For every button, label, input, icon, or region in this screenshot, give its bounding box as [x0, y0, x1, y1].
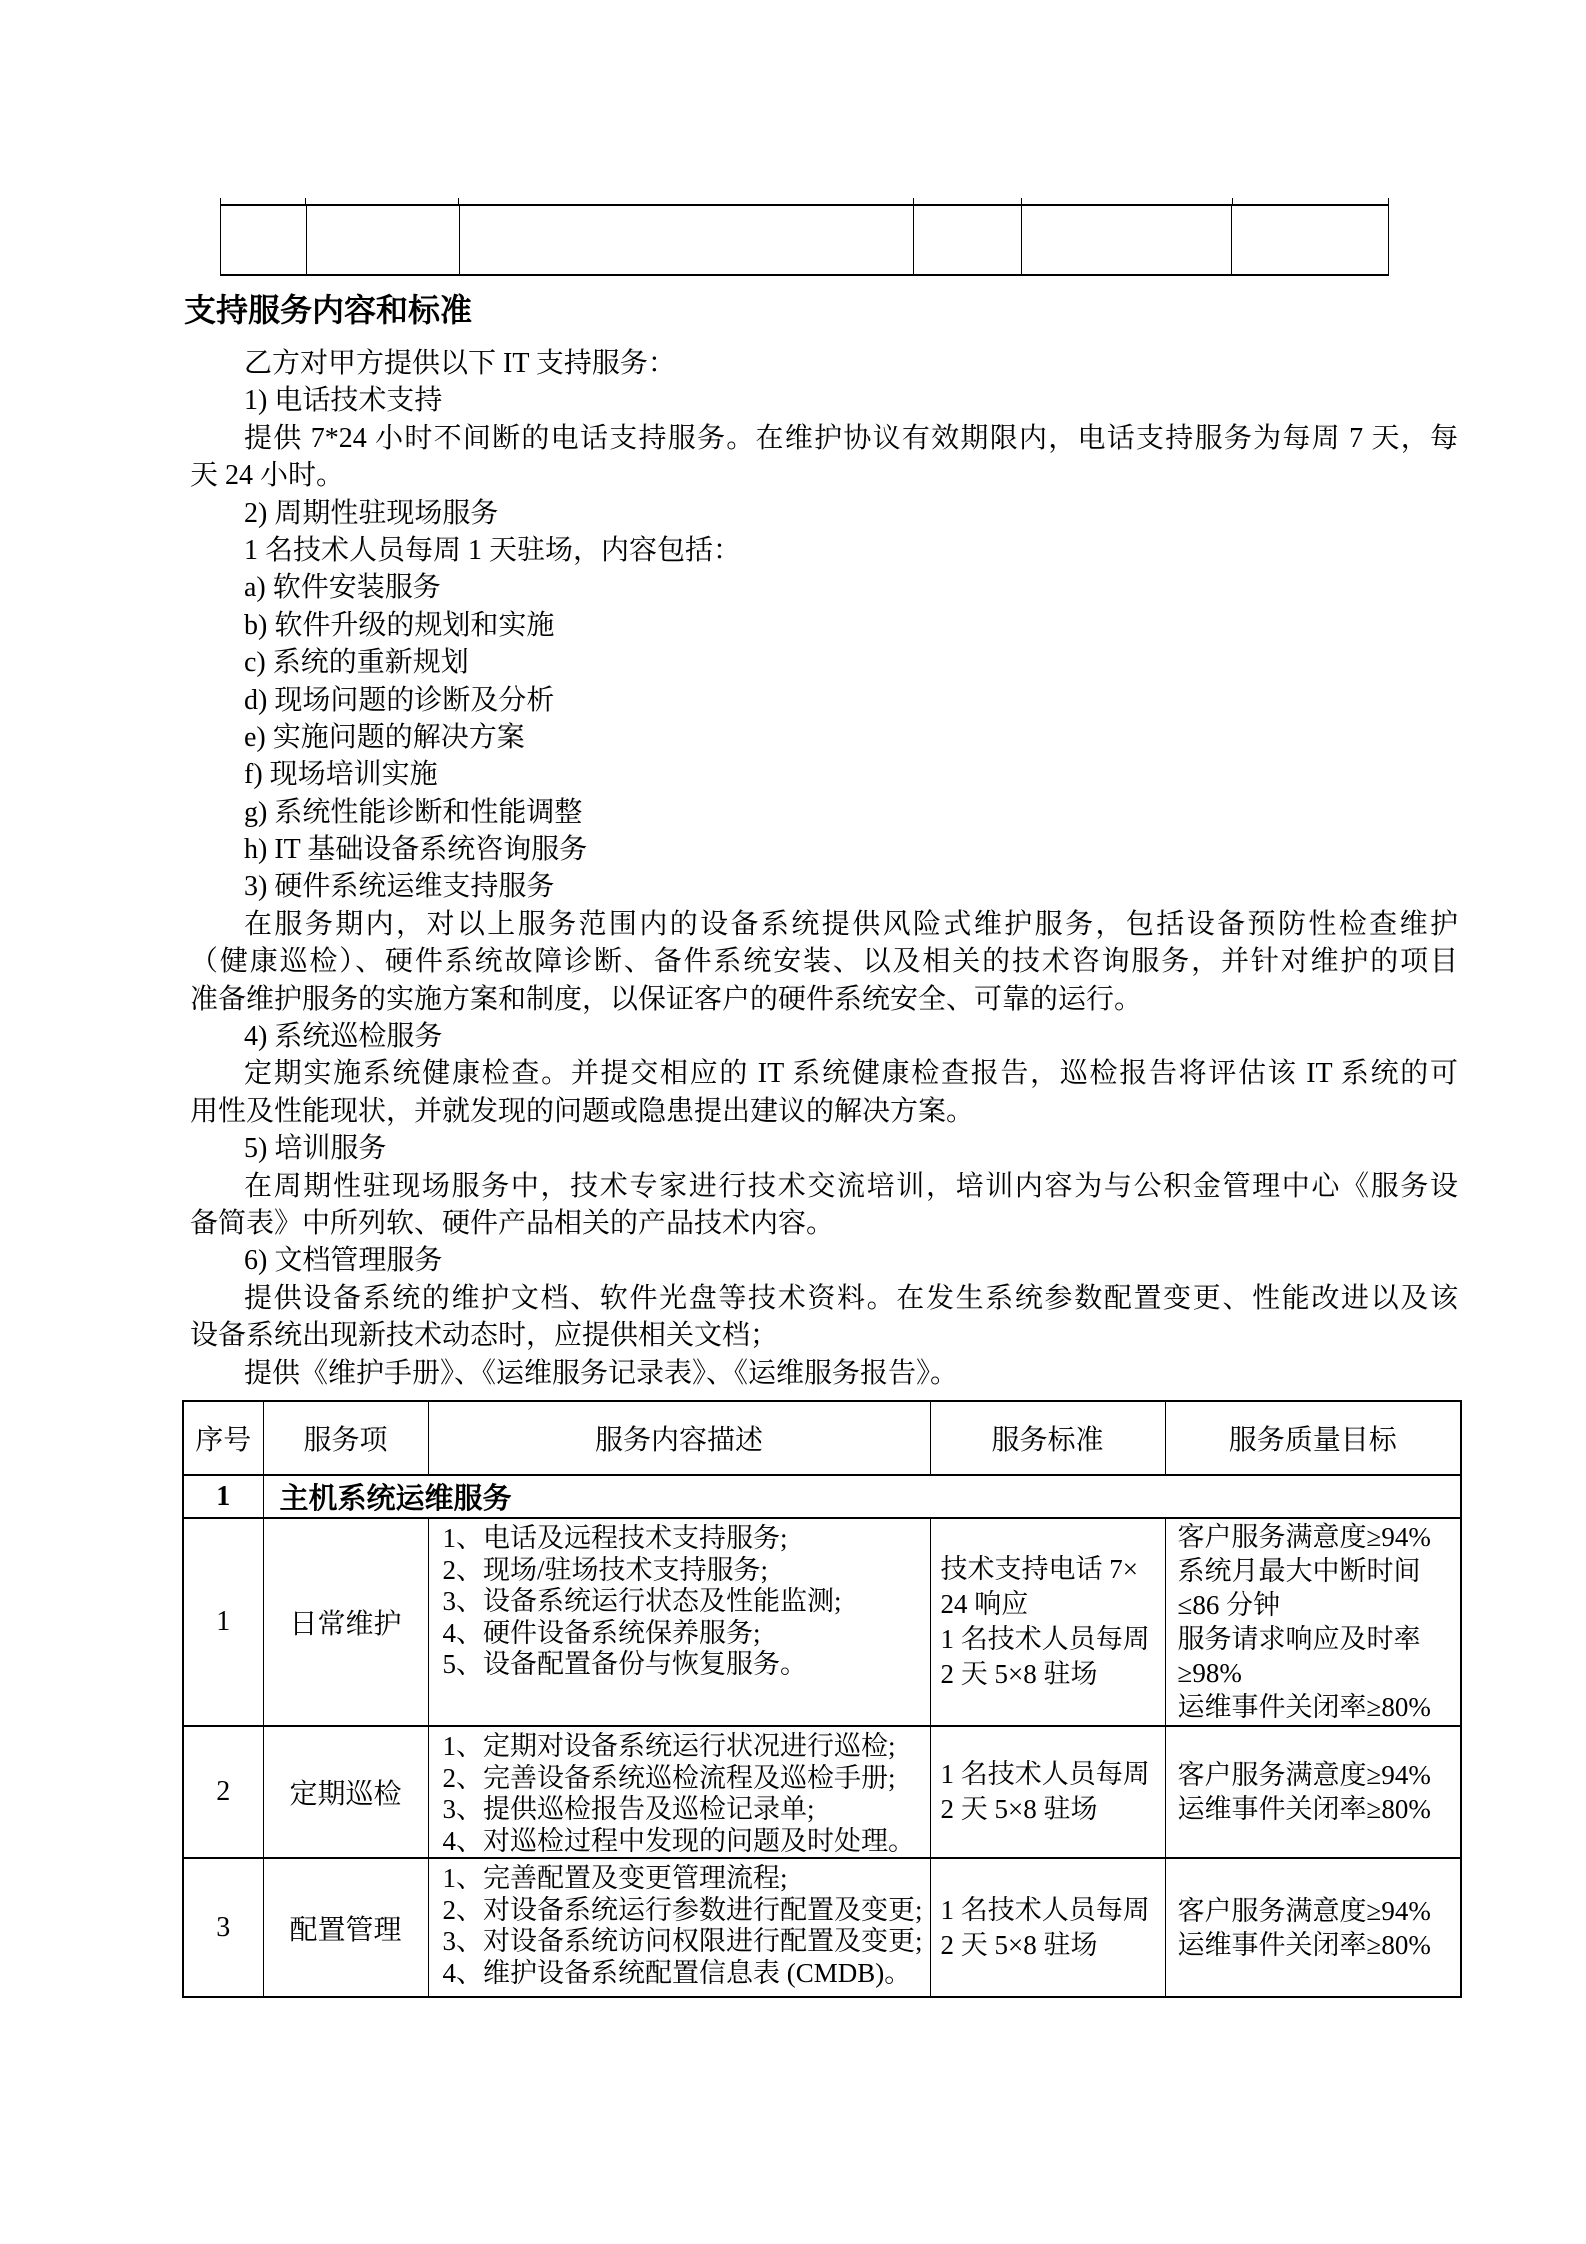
- empty-cell: [306, 206, 459, 274]
- desc-line: 5、设备配置备份与恢复服务。: [443, 1649, 930, 1681]
- desc-line: 4、硬件设备系统保养服务;: [443, 1618, 930, 1650]
- table-row: 3 配置管理 1、完善配置及变更管理流程; 2、对设备系统运行参数进行配置及变更…: [183, 1858, 1461, 1997]
- empty-cell: [913, 206, 1021, 274]
- row-item: 日常维护: [263, 1518, 428, 1726]
- standard-line: 1 名技术人员每周: [941, 1622, 1165, 1657]
- desc-line: 4、维护设备系统配置信息表 (CMDB)。: [443, 1958, 930, 1990]
- table-section-row: 1 主机系统运维服务: [183, 1475, 1461, 1518]
- body-line: 在周期性驻现场服务中，技术专家进行技术交流培训，培训内容为与公积金管理中心《服务…: [190, 1168, 1458, 1205]
- body-line: 定期实施系统健康检查。并提交相应的 IT 系统健康检查报告，巡检报告将评估该 I…: [190, 1055, 1458, 1092]
- goal-line: 运维事件关闭率≥80%: [1178, 1792, 1461, 1826]
- body-line: g) 系统性能诊断和性能调整: [190, 794, 1458, 831]
- goal-line: 运维事件关闭率≥80%: [1178, 1928, 1461, 1962]
- goal-line: 客户服务满意度≥94%: [1178, 1520, 1461, 1554]
- body-line: 备简表》中所列软、硬件产品相关的产品技术内容。: [190, 1205, 1458, 1242]
- body-line: 提供设备系统的维护文档、软件光盘等技术资料。在发生系统参数配置变更、性能改进以及…: [190, 1280, 1458, 1317]
- service-standard-table: 序号 服务项 服务内容描述 服务标准 服务质量目标 1 主机系统运维服务 1 日…: [182, 1400, 1462, 1998]
- empty-cell: [1021, 206, 1232, 274]
- header-seq: 序号: [183, 1401, 263, 1475]
- row-goals: 客户服务满意度≥94% 运维事件关闭率≥80%: [1165, 1858, 1461, 1997]
- row-no: 2: [183, 1726, 263, 1858]
- empty-cell: [459, 206, 913, 274]
- previous-table-empty-row: [220, 204, 1389, 276]
- desc-line: 2、对设备系统运行参数进行配置及变更;: [443, 1895, 930, 1927]
- empty-cell: [1231, 206, 1388, 274]
- body-line: 提供 7*24 小时不间断的电话支持服务。在维护协议有效期限内，电话支持服务为每…: [190, 420, 1458, 457]
- goal-line: ≥98%: [1178, 1656, 1461, 1690]
- table-header-row: 序号 服务项 服务内容描述 服务标准 服务质量目标: [183, 1401, 1461, 1475]
- body-line: 3) 硬件系统运维支持服务: [190, 868, 1458, 905]
- body-line: 1) 电话技术支持: [190, 382, 1458, 419]
- body-line: 1 名技术人员每周 1 天驻场，内容包括：: [190, 532, 1458, 569]
- body-line: a) 软件安装服务: [190, 569, 1458, 606]
- section-title: 主机系统运维服务: [263, 1475, 1461, 1518]
- header-goal: 服务质量目标: [1165, 1401, 1461, 1475]
- row-goals: 客户服务满意度≥94% 运维事件关闭率≥80%: [1165, 1726, 1461, 1858]
- body-line: 用性及性能现状，并就发现的问题或隐患提出建议的解决方案。: [190, 1093, 1458, 1130]
- body-line: b) 软件升级的规划和实施: [190, 607, 1458, 644]
- body-line: 提供《维护手册》、《运维服务记录表》、《运维服务报告》。: [190, 1355, 1458, 1392]
- standard-line: 2 天 5×8 驻场: [941, 1792, 1165, 1827]
- goal-line: 运维事件关闭率≥80%: [1178, 1690, 1461, 1724]
- body-line: 天 24 小时。: [190, 457, 1458, 494]
- body-line: 2) 周期性驻现场服务: [190, 495, 1458, 532]
- body-line: （健康巡检）、硬件系统故障诊断、备件系统安装、以及相关的技术咨询服务，并针对维护…: [190, 943, 1458, 980]
- desc-line: 1、定期对设备系统运行状况进行巡检;: [443, 1731, 930, 1763]
- desc-line: 1、电话及远程技术支持服务;: [443, 1523, 930, 1555]
- row-goals: 客户服务满意度≥94% 系统月最大中断时间 ≤86 分钟 服务请求响应及时率 ≥…: [1165, 1518, 1461, 1726]
- row-standard: 1 名技术人员每周 2 天 5×8 驻场: [930, 1858, 1165, 1997]
- body-line: d) 现场问题的诊断及分析: [190, 682, 1458, 719]
- empty-cell: [221, 206, 306, 274]
- body-line: 4) 系统巡检服务: [190, 1018, 1458, 1055]
- section-no: 1: [183, 1475, 263, 1518]
- table-row: 1 日常维护 1、电话及远程技术支持服务; 2、现场/驻场技术支持服务; 3、设…: [183, 1518, 1461, 1726]
- body-line: 准备维护服务的实施方案和制度，以保证客户的硬件系统安全、可靠的运行。: [190, 981, 1458, 1018]
- table-row: 2 定期巡检 1、定期对设备系统运行状况进行巡检; 2、完善设备系统巡检流程及巡…: [183, 1726, 1461, 1858]
- body-line: 6) 文档管理服务: [190, 1242, 1458, 1279]
- row-standard: 1 名技术人员每周 2 天 5×8 驻场: [930, 1726, 1165, 1858]
- standard-line: 24 响应: [941, 1587, 1165, 1622]
- header-desc: 服务内容描述: [428, 1401, 930, 1475]
- standard-line: 1 名技术人员每周: [941, 1757, 1165, 1792]
- goal-line: 客户服务满意度≥94%: [1178, 1758, 1461, 1792]
- body-text: 乙方对甲方提供以下 IT 支持服务： 1) 电话技术支持 提供 7*24 小时不…: [190, 345, 1458, 1392]
- desc-line: 2、现场/驻场技术支持服务;: [443, 1555, 930, 1587]
- row-desc: 1、电话及远程技术支持服务; 2、现场/驻场技术支持服务; 3、设备系统运行状态…: [428, 1518, 930, 1726]
- body-line: h) IT 基础设备系统咨询服务: [190, 831, 1458, 868]
- body-line: f) 现场培训实施: [190, 756, 1458, 793]
- desc-line: 3、提供巡检报告及巡检记录单;: [443, 1794, 930, 1826]
- body-line: 5) 培训服务: [190, 1130, 1458, 1167]
- goal-line: 服务请求响应及时率: [1178, 1622, 1461, 1656]
- desc-line: 3、对设备系统访问权限进行配置及变更;: [443, 1926, 930, 1958]
- desc-line: 4、对巡检过程中发现的问题及时处理。: [443, 1826, 930, 1858]
- body-line: e) 实施问题的解决方案: [190, 719, 1458, 756]
- row-desc: 1、定期对设备系统运行状况进行巡检; 2、完善设备系统巡检流程及巡检手册; 3、…: [428, 1726, 930, 1858]
- body-line: 乙方对甲方提供以下 IT 支持服务：: [190, 345, 1458, 382]
- standard-line: 2 天 5×8 驻场: [941, 1928, 1165, 1963]
- header-item: 服务项: [263, 1401, 428, 1475]
- row-desc: 1、完善配置及变更管理流程; 2、对设备系统运行参数进行配置及变更; 3、对设备…: [428, 1858, 930, 1997]
- body-line: 设备系统出现新技术动态时，应提供相关文档；: [190, 1317, 1458, 1354]
- standard-line: 2 天 5×8 驻场: [941, 1657, 1165, 1692]
- standard-line: 技术支持电话 7×: [941, 1552, 1165, 1587]
- desc-line: 3、设备系统运行状态及性能监测;: [443, 1586, 930, 1618]
- goal-line: ≤86 分钟: [1178, 1588, 1461, 1622]
- section-heading: 支持服务内容和标准: [184, 292, 472, 328]
- row-no: 1: [183, 1518, 263, 1726]
- desc-line: 1、完善配置及变更管理流程;: [443, 1863, 930, 1895]
- desc-line: 2、完善设备系统巡检流程及巡检手册;: [443, 1763, 930, 1795]
- goal-line: 系统月最大中断时间: [1178, 1554, 1461, 1588]
- standard-line: 1 名技术人员每周: [941, 1893, 1165, 1928]
- goal-line: 客户服务满意度≥94%: [1178, 1894, 1461, 1928]
- body-line: 在服务期内，对以上服务范围内的设备系统提供风险式维护服务，包括设备预防性检查维护: [190, 906, 1458, 943]
- row-item: 定期巡检: [263, 1726, 428, 1858]
- row-item: 配置管理: [263, 1858, 428, 1997]
- row-no: 3: [183, 1858, 263, 1997]
- body-line: c) 系统的重新规划: [190, 644, 1458, 681]
- header-standard: 服务标准: [930, 1401, 1165, 1475]
- document-page: 支持服务内容和标准 乙方对甲方提供以下 IT 支持服务： 1) 电话技术支持 提…: [0, 0, 1586, 2244]
- row-standard: 技术支持电话 7× 24 响应 1 名技术人员每周 2 天 5×8 驻场: [930, 1518, 1165, 1726]
